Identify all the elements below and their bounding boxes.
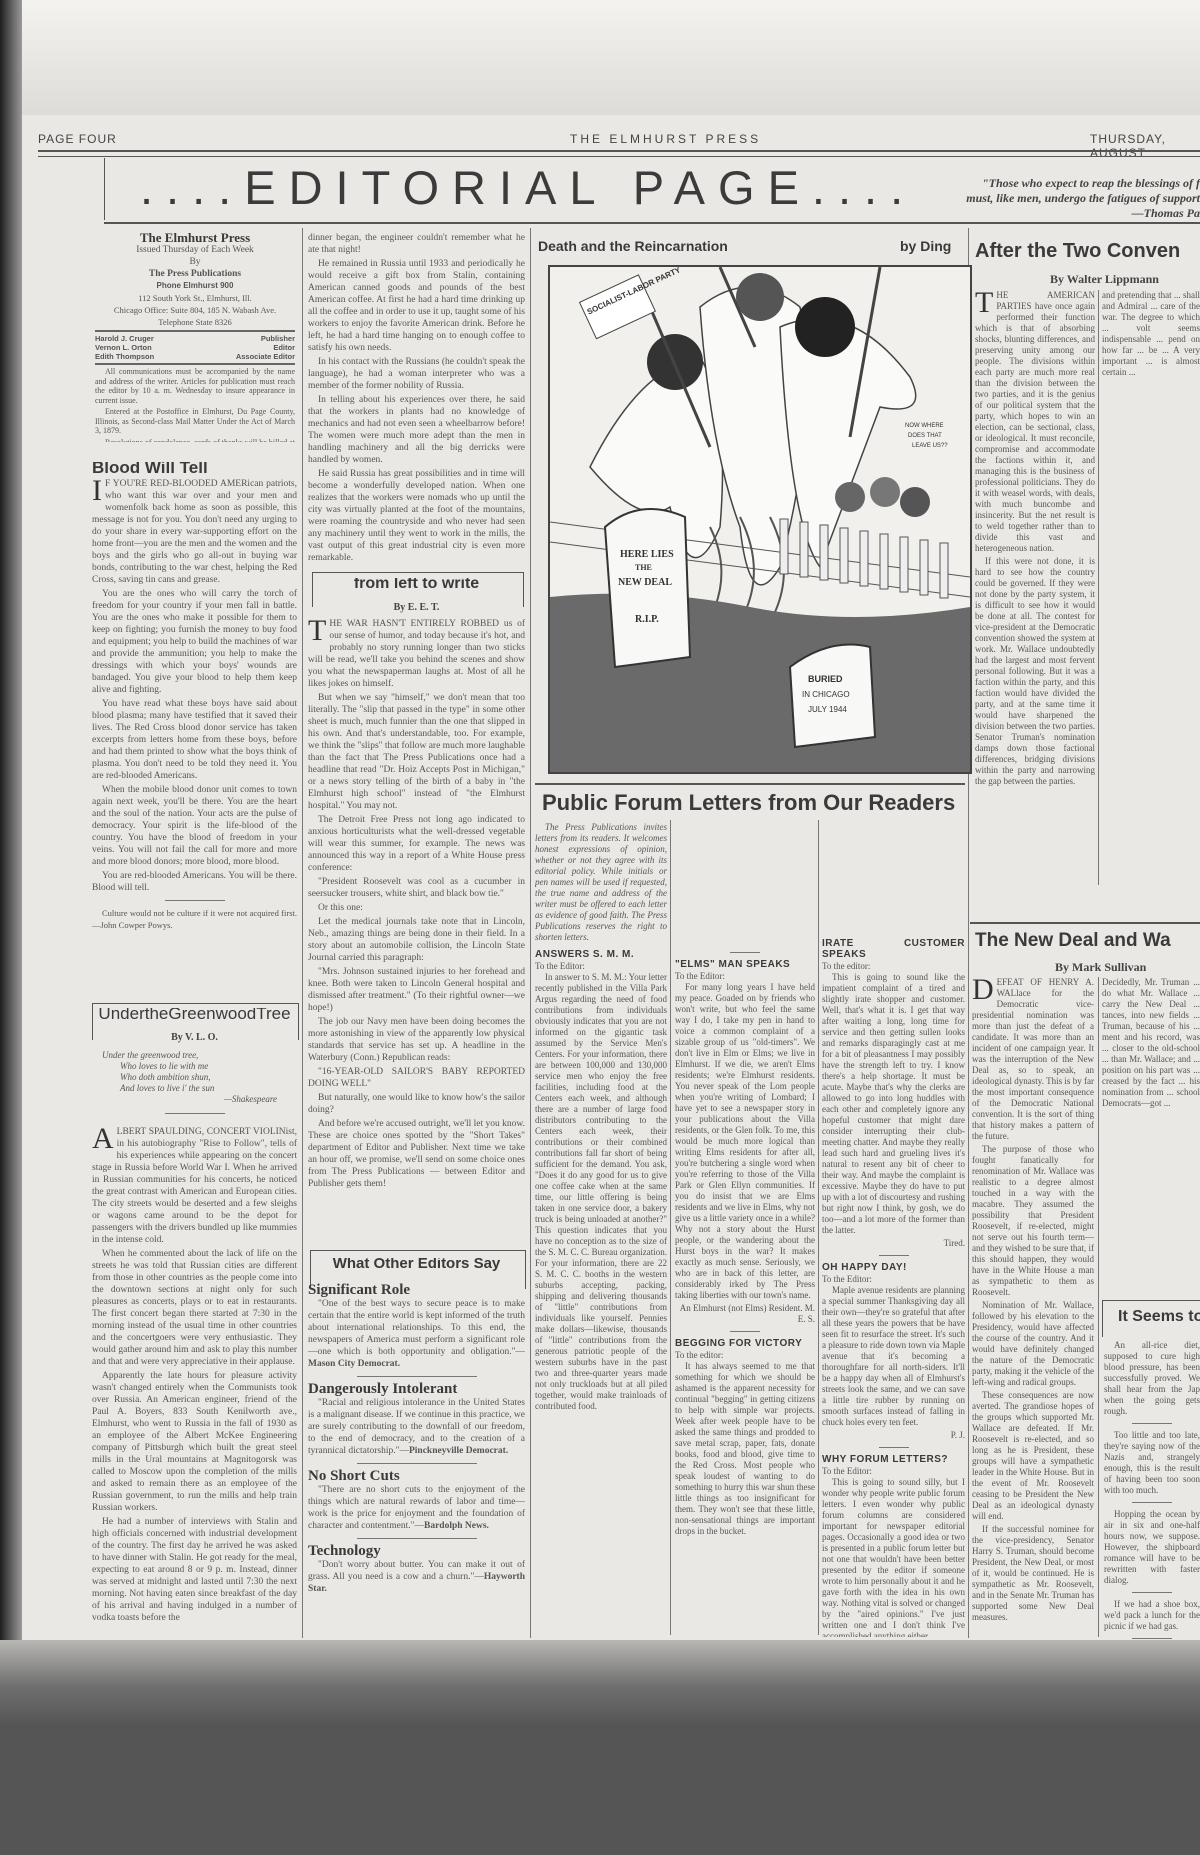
divider <box>1132 1592 1172 1593</box>
article-headline: Blood Will Tell <box>92 462 297 474</box>
svg-text:JULY 1944: JULY 1944 <box>808 705 847 714</box>
article-paragraph: You are the ones who will carry the torc… <box>92 588 297 696</box>
column-headline: UndertheGreenwoodTree <box>92 1008 297 1020</box>
column-greenwood-tree: UndertheGreenwoodTree By V. L. O. Under … <box>92 1008 297 1638</box>
divider <box>357 1376 477 1377</box>
letter-signature: Tired. <box>822 1238 965 1249</box>
column-divider <box>530 228 531 1638</box>
divider <box>1132 1638 1172 1639</box>
quip: Hopping the ocean by air in six and one-… <box>1104 1509 1200 1586</box>
article-paragraph: You are red-blooded Americans. You will … <box>92 870 297 894</box>
forum-column-divider <box>818 820 819 1635</box>
folio-rule <box>38 150 1200 152</box>
article-paragraph: The purpose of those who fought fanatica… <box>972 1144 1094 1298</box>
staff-role: Associate Editor <box>236 352 295 361</box>
article-paragraph: Nomination of Mr. Wallace, followed by h… <box>972 1300 1094 1388</box>
article-paragraph: When the mobile blood donor unit comes t… <box>92 784 297 868</box>
letter-body: This is going to sound silly, but I wond… <box>822 1477 965 1637</box>
drop-cap: T <box>975 290 993 316</box>
article-paragraph: You have read what these boys have said … <box>92 698 297 782</box>
excerpt-source: Bardolph News. <box>424 1521 489 1531</box>
chicago-telephone: Telephone State 8326 <box>95 316 295 332</box>
scan-bottom-margin <box>0 1640 1200 1855</box>
staff-name: Edith Thompson <box>95 352 154 361</box>
sullivan-column-2: Decidedly, Mr. Truman ... do what Mr. Wa… <box>1102 977 1200 1267</box>
quip: Too little and too late, they're saying … <box>1104 1430 1200 1496</box>
article-paragraph: LBERT SPAULDING, CONCERT VIOLINist, in h… <box>92 1127 297 1245</box>
divider <box>1132 1423 1172 1424</box>
letter-salutation: To the Editor: <box>535 961 667 972</box>
column-divider <box>1098 977 1099 1637</box>
article-paragraph: dinner began, the engineer couldn't reme… <box>308 232 525 256</box>
cartoon-illustration: SOCIALIST-LABOR PARTY NOW WHERE DOES THA… <box>550 267 970 772</box>
forum-top-rule <box>535 783 965 785</box>
publisher-org: The Press Publications <box>95 268 295 280</box>
poem-line: Who loves to lie with me <box>102 1061 297 1072</box>
scan-top-margin <box>0 0 1200 115</box>
article-paragraph: But when we say "himself," we don't mean… <box>308 692 525 812</box>
byline: By V. L. O. <box>92 1032 297 1044</box>
poem: Under the greenwood tree, Who loves to l… <box>102 1050 297 1105</box>
masthead-bottom-rule <box>104 222 1200 224</box>
quote-attribution: —Thomas Pa <box>910 206 1200 221</box>
column-from-left-to-write: from left to write By E. E. T. THE WAR H… <box>308 578 525 1233</box>
divider <box>879 1447 909 1448</box>
letter-title: IRATE CUSTOMER SPEAKS <box>822 938 965 960</box>
folio-rule-thin <box>38 156 1200 157</box>
drop-cap: I <box>92 478 102 504</box>
drop-cap: T <box>308 618 326 644</box>
article-paragraph: In telling about his experiences over th… <box>308 394 525 466</box>
svg-text:DOES THAT: DOES THAT <box>908 433 942 439</box>
svg-text:NEW DEAL: NEW DEAL <box>618 577 672 588</box>
staff-role: Publisher <box>261 334 295 343</box>
publication-by: By <box>95 256 295 268</box>
excerpt-title: Dangerously Intolerant <box>308 1383 525 1395</box>
article-paragraph: But naturally, one would like to know ho… <box>308 1092 525 1116</box>
poem-line: Who doth ambition shun, <box>102 1072 297 1083</box>
page-number: PAGE FOUR <box>38 132 117 146</box>
cartoon-credit: by Ding <box>900 238 951 254</box>
letter-title: "ELMS" MAN SPEAKS <box>675 959 815 970</box>
column-divider <box>1098 290 1099 885</box>
article-paragraph: Apparently the late hours for pleasure a… <box>92 1370 297 1514</box>
divider <box>730 952 760 953</box>
article-paragraph: Decidedly, Mr. Truman ... do what Mr. Wa… <box>1102 977 1200 1109</box>
divider <box>357 1463 477 1464</box>
article-paragraph: The Detroit Free Press not long ago indi… <box>308 814 525 874</box>
drop-cap: D <box>972 977 994 1003</box>
article-paragraph: When he commented about the lack of life… <box>92 1248 297 1368</box>
letter-signature: An Elmhurst (not Elms) Resident. M. E. S… <box>675 1303 815 1325</box>
divider <box>879 1255 909 1256</box>
notice: Entered at the Postoffice in Elmhurst, D… <box>95 407 295 436</box>
publication-frequency: Issued Thursday of Each Week <box>95 244 295 256</box>
divider <box>1132 1502 1172 1503</box>
letter-salutation: To the Editor: <box>675 971 815 982</box>
forum-column-3: IRATE CUSTOMER SPEAKS To the editor: Thi… <box>822 822 965 1637</box>
article-paragraph: HE WAR HASN'T ENTIRELY ROBBED us of our … <box>308 619 525 689</box>
svg-text:THE: THE <box>635 563 652 572</box>
publication-title: The Elmhurst Press <box>95 232 295 244</box>
staff-list: Harold J. CrugerPublisher Vernon L. Orto… <box>95 334 295 365</box>
letter-body: Maple avenue residents are planning a sp… <box>822 1285 965 1428</box>
poem-line: And loves to live i' the sun <box>102 1083 297 1094</box>
lippmann-column-1: THE AMERICAN PARTIES have once again per… <box>975 290 1095 885</box>
forum-column-divider <box>670 820 671 1635</box>
publication-phone: Phone Elmhurst 900 <box>95 280 295 292</box>
masthead-quote: "Those who expect to reap the blessings … <box>910 176 1200 221</box>
excerpt-text: "One of the best ways to secure peace is… <box>308 1299 525 1357</box>
svg-text:NOW WHERE: NOW WHERE <box>905 423 944 429</box>
divider <box>357 1538 477 1539</box>
letter-salutation: To the Editor: <box>822 1466 965 1477</box>
article-paragraph: "16-YEAR-OLD SAILOR'S BABY REPORTED DOIN… <box>308 1066 525 1090</box>
article-paragraph: "President Roosevelt was cool as a cucum… <box>308 876 525 900</box>
letter-title: BEGGING FOR VICTORY <box>675 1338 815 1349</box>
excerpt-source: Mason City Democrat. <box>308 1359 400 1369</box>
filler-quote: Culture would not be culture if it were … <box>92 907 297 931</box>
letter-body: This is going to sound like the impatien… <box>822 972 965 1236</box>
lippmann-headline: After the Two Conven <box>975 240 1180 263</box>
letter-salutation: To the editor: <box>675 1350 815 1361</box>
article-paragraph: and pretending that ... shall and Admira… <box>1102 290 1200 378</box>
article-paragraph: And before we're accused outright, we'll… <box>308 1118 525 1190</box>
letter-salutation: To the Editor: <box>822 1274 965 1285</box>
staff-name: Vernon L. Orton <box>95 343 152 352</box>
excerpt-title: Significant Role <box>308 1284 525 1296</box>
quote-line-1: "Those who expect to reap the blessings … <box>910 176 1200 191</box>
publication-address: 112 South York St., Elmhurst, Ill. <box>95 292 295 304</box>
article-paragraph: He remained in Russia until 1933 and per… <box>308 258 525 354</box>
svg-text:BURIED: BURIED <box>808 674 843 684</box>
excerpt-text: "There are no short cuts to the enjoymen… <box>308 1485 525 1531</box>
letter-signature: P. J. <box>822 1430 965 1441</box>
divider <box>165 900 225 901</box>
letter-body: For many long years I have held my peace… <box>675 982 815 1301</box>
lippmann-column-2: and pretending that ... shall and Admira… <box>1102 290 1200 885</box>
letter-body: It has always seemed to me that somethin… <box>675 1361 815 1537</box>
letter-title: ANSWERS S. M. M. <box>535 949 667 960</box>
tombstone-text: HERE LIES <box>620 549 674 560</box>
svg-text:IN CHICAGO: IN CHICAGO <box>802 690 850 699</box>
article-paragraph: "Mrs. Johnson sustained injuries to her … <box>308 966 525 1014</box>
staff-role: Editor <box>273 343 295 352</box>
quip: If we had a shoe box, we'd pack a lunch … <box>1104 1599 1200 1632</box>
it-seems-headline: It Seems to <box>1118 1308 1200 1326</box>
quip: An all-rice diet, supposed to cure high … <box>1104 1340 1200 1417</box>
article-paragraph: If the successful nominee for the vice-p… <box>972 1524 1094 1623</box>
letter-title: WHY FORUM LETTERS? <box>822 1454 965 1465</box>
article-paragraph: The job our Navy men have been doing bec… <box>308 1016 525 1064</box>
article-paragraph: Let the medical journals take note that … <box>308 916 525 964</box>
sullivan-column-1: DEFEAT OF HENRY A. WALlace for the Democ… <box>972 977 1094 1637</box>
forum-headline: Public Forum Letters from Our Readers <box>542 790 955 816</box>
divider <box>730 1331 760 1332</box>
byline: By E. E. T. <box>308 602 525 614</box>
letter-title: OH HAPPY DAY! <box>822 1262 965 1273</box>
forum-intro: The Press Publications invites letters f… <box>535 822 667 943</box>
drop-cap: A <box>92 1126 114 1152</box>
article-paragraph: HE AMERICAN PARTIES have once again perf… <box>975 290 1095 553</box>
staff-name: Harold J. Cruger <box>95 334 154 343</box>
editorial-page-title: ....EDITORIAL PAGE.... <box>140 160 916 215</box>
masthead-box-left <box>104 158 105 220</box>
editorial-cartoon: SOCIALIST-LABOR PARTY NOW WHERE DOES THA… <box>548 265 972 774</box>
sullivan-headline: The New Deal and Wa <box>975 930 1171 952</box>
notice: Resolutions of condolence, cards of than… <box>95 438 295 443</box>
quote-line-2: must, like men, undergo the fatigues of … <box>910 191 1200 206</box>
notice: All communications must be accompanied b… <box>95 367 295 405</box>
publication-notices: All communications must be accompanied b… <box>95 367 295 442</box>
column-divider <box>302 228 303 1638</box>
chicago-office: Chicago Office: Suite 804, 185 N. Wabash… <box>95 304 295 316</box>
paper-name: THE ELMHURST PRESS <box>570 132 761 146</box>
excerpt-title: Technology <box>308 1545 525 1557</box>
staff-row: Vernon L. OrtonEditor <box>95 343 295 352</box>
it-seems-column: An all-rice diet, supposed to cure high … <box>1104 1340 1200 1640</box>
column-headline: from left to write <box>308 578 525 590</box>
staff-row: Harold J. CrugerPublisher <box>95 334 295 343</box>
svg-text:LEAVE US??: LEAVE US?? <box>912 443 948 449</box>
poem-attribution: —Shakespeare <box>102 1094 297 1105</box>
publication-info-box: The Elmhurst Press Issued Thursday of Ea… <box>95 232 295 442</box>
greenwood-continued: dinner began, the engineer couldn't reme… <box>308 232 525 562</box>
section-headline: What Other Editors Say <box>308 1258 525 1270</box>
article-paragraph: He said Russia has great possibilities a… <box>308 468 525 562</box>
forum-column-2: "ELMS" MAN SPEAKS To the Editor: For man… <box>675 822 815 1637</box>
article-paragraph: F YOU'RE RED-BLOODED AMERican patriots, … <box>92 479 297 585</box>
article-paragraph: If this were not done, it is hard to see… <box>975 556 1095 787</box>
lippmann-byline: By Walter Lippmann <box>1050 272 1159 287</box>
article-paragraph: In his contact with the Russians (he cou… <box>308 356 525 392</box>
letter-body: In answer to S. M. M.: Your letter recen… <box>535 972 667 1412</box>
svg-text:R.I.P.: R.I.P. <box>635 614 659 625</box>
forum-spacer <box>822 822 965 932</box>
excerpt-source: Pinckneyville Democrat. <box>409 1446 508 1456</box>
editorial-blood-will-tell: Blood Will Tell IF YOU'RE RED-BLOODED AM… <box>92 462 297 992</box>
divider <box>165 1113 225 1114</box>
forum-column-1: The Press Publications invites letters f… <box>535 822 667 1637</box>
scan-left-edge <box>0 0 22 1855</box>
excerpt-title: No Short Cuts <box>308 1470 525 1482</box>
section-other-editors: What Other Editors Say Significant Role … <box>308 1258 525 1638</box>
letter-salutation: To the editor: <box>822 961 965 972</box>
cartoon-title: Death and the Reincarnation <box>538 238 728 254</box>
section-rule <box>970 922 1200 924</box>
poem-line: Under the greenwood tree, <box>102 1050 297 1061</box>
article-paragraph: Or this one: <box>308 902 525 914</box>
sullivan-byline: By Mark Sullivan <box>1055 960 1146 975</box>
article-paragraph: He had a number of interviews with Stali… <box>92 1516 297 1624</box>
article-paragraph: These consequences are now averted. The … <box>972 1390 1094 1522</box>
staff-row: Edith ThompsonAssociate Editor <box>95 352 295 361</box>
